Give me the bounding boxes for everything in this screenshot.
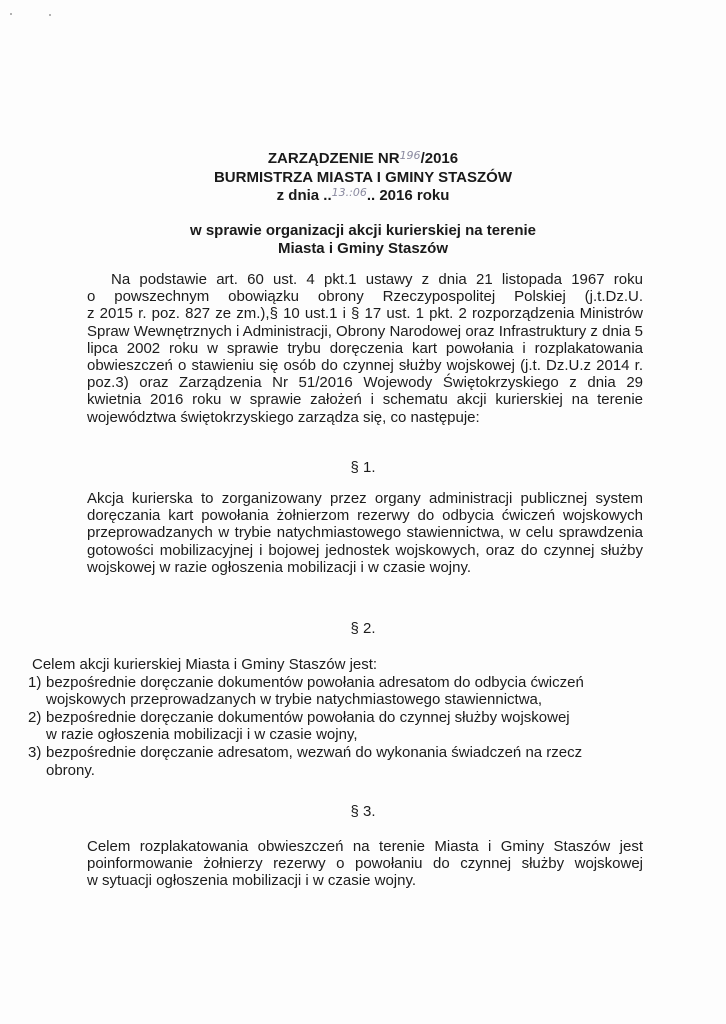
list-intro: Celem akcji kurierskiej Miasta i Gminy S…: [32, 656, 648, 674]
text-line: wojskowej w razie ogłoszenia mobilizacji…: [87, 559, 643, 576]
text-line: kwietnia 2016 roku w sprawie założeń i s…: [87, 391, 643, 408]
document-title: ZARZĄDZENIE NR196/2016 BURMISTRZA MIASTA…: [0, 150, 726, 206]
date-suffix: .. 2016 roku: [367, 187, 450, 204]
title-date-line: z dnia ..13.:06.. 2016 roku: [0, 187, 726, 206]
list-item-number: 2): [28, 709, 41, 727]
text-line: w sytuacji ogłoszenia mobilizacji i w cz…: [87, 872, 643, 889]
section-1-heading: § 1.: [0, 459, 726, 477]
list-item-line: wojskowych przeprowadzanych w trybie nat…: [46, 691, 648, 709]
text-line: o powszechnym obowiązku obrony Rzeczypos…: [87, 288, 643, 305]
text-line: lipca 2002 roku w sprawie trybu doręczen…: [87, 340, 643, 357]
text-line: obwieszczeń o stawieniu się osób do czyn…: [87, 357, 643, 374]
title-prefix: ZARZĄDZENIE NR: [268, 150, 400, 167]
section-3-heading: § 3.: [0, 803, 726, 821]
document-subject: w sprawie organizacji akcji kurierskiej …: [0, 222, 726, 258]
list-item-line: bezpośrednie doręczanie adresatom, wezwa…: [46, 744, 648, 762]
preamble-paragraph: Na podstawie art. 60 ust. 4 pkt.1 ustawy…: [87, 271, 643, 426]
section-2-list: Celem akcji kurierskiej Miasta i Gminy S…: [28, 656, 648, 779]
subject-line-2: Miasta i Gminy Staszów: [0, 240, 726, 258]
text-line: z 2015 r. poz. 827 ze zm.),§ 10 ust.1 i …: [87, 305, 643, 322]
date-prefix: z dnia ..: [277, 187, 332, 204]
text-line: Spraw Wewnętrznych i Administracji, Obro…: [87, 323, 643, 340]
text-line: Celem rozplakatowania obwieszczeń na ter…: [87, 838, 643, 855]
list-item: 1)bezpośrednie doręczanie dokumentów pow…: [28, 674, 648, 709]
title-suffix: /2016: [421, 150, 459, 167]
section-3-paragraph: Celem rozplakatowania obwieszczeń na ter…: [87, 838, 643, 890]
subject-line-1: w sprawie organizacji akcji kurierskiej …: [0, 222, 726, 240]
list-item-line: obrony.: [46, 762, 648, 780]
list-item-line: w razie ogłoszenia mobilizacji i w czasi…: [46, 726, 648, 744]
text-line: poinformowanie żołnierzy rezerwy o powoł…: [87, 855, 643, 872]
text-line: województwa świętokrzyskiego zarządza si…: [87, 409, 643, 426]
text-line: Na podstawie art. 60 ust. 4 pkt.1 ustawy…: [87, 271, 643, 288]
text-line: Akcja kurierska to zorganizowany przez o…: [87, 490, 643, 507]
document-page: ZARZĄDZENIE NR196/2016 BURMISTRZA MIASTA…: [0, 0, 726, 1024]
text-line: doręczania kart powołania żołnierzom rez…: [87, 507, 643, 524]
title-line-1: ZARZĄDZENIE NR196/2016: [0, 150, 726, 169]
handwritten-date: 13.:06: [332, 186, 367, 199]
list-item-number: 1): [28, 674, 41, 692]
text-line: gotowości mobilizacyjnej i bojowej jedno…: [87, 542, 643, 559]
list-item-number: 3): [28, 744, 41, 762]
section-2-heading: § 2.: [0, 620, 726, 638]
text-line: przeprowadzanych w trybie natychmiastowe…: [87, 524, 643, 541]
title-line-2: BURMISTRZA MIASTA I GMINY STASZÓW: [0, 169, 726, 187]
section-1-paragraph: Akcja kurierska to zorganizowany przez o…: [87, 490, 643, 576]
list-item-line: bezpośrednie doręczanie dokumentów powoł…: [46, 709, 648, 727]
text-line: poz.3) oraz Zarządzenia Nr 51/2016 Wojew…: [87, 374, 643, 391]
list-item: 3)bezpośrednie doręczanie adresatom, wez…: [28, 744, 648, 779]
list-item: 2)bezpośrednie doręczanie dokumentów pow…: [28, 709, 648, 744]
handwritten-number: 196: [400, 149, 421, 162]
list-item-line: bezpośrednie doręczanie dokumentów powoł…: [46, 674, 648, 692]
